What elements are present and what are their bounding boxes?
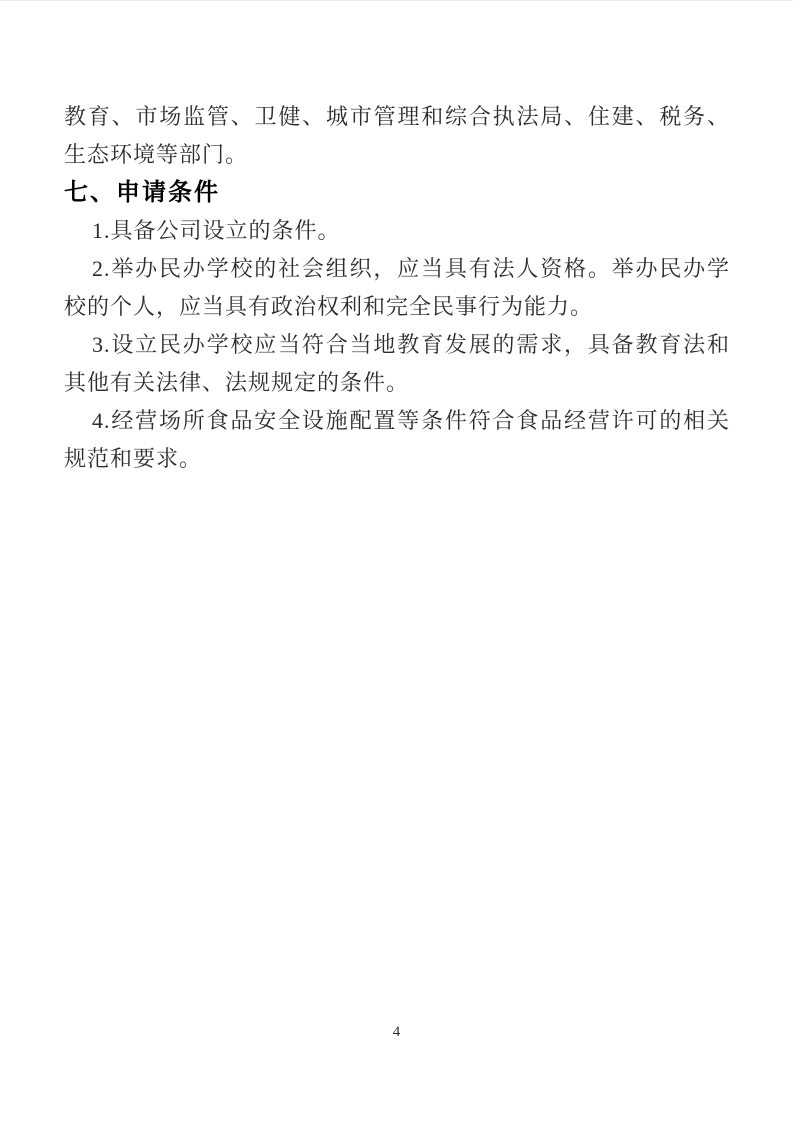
list-item-condition-1: 1.具备公司设立的条件。 bbox=[64, 212, 730, 250]
list-item-condition-3: 3.设立民办学校应当符合当地教育发展的需求，具备教育法和其他有关法律、法规规定的… bbox=[64, 326, 730, 402]
page-body: 教育、市场监管、卫健、城市管理和综合执法局、住建、税务、生态环境等部门。 七、申… bbox=[64, 98, 730, 478]
list-item-condition-4: 4.经营场所食品安全设施配置等条件符合食品经营许可的相关规范和要求。 bbox=[64, 402, 730, 478]
paragraph-departments-continuation: 教育、市场监管、卫健、城市管理和综合执法局、住建、税务、生态环境等部门。 bbox=[64, 98, 730, 174]
section-heading-application-conditions: 七、申请条件 bbox=[64, 174, 730, 212]
document-page: 教育、市场监管、卫健、城市管理和综合执法局、住建、税务、生态环境等部门。 七、申… bbox=[0, 0, 793, 1122]
list-item-condition-2: 2.举办民办学校的社会组织，应当具有法人资格。举办民办学校的个人，应当具有政治权… bbox=[64, 250, 730, 326]
page-number: 4 bbox=[0, 1023, 793, 1041]
